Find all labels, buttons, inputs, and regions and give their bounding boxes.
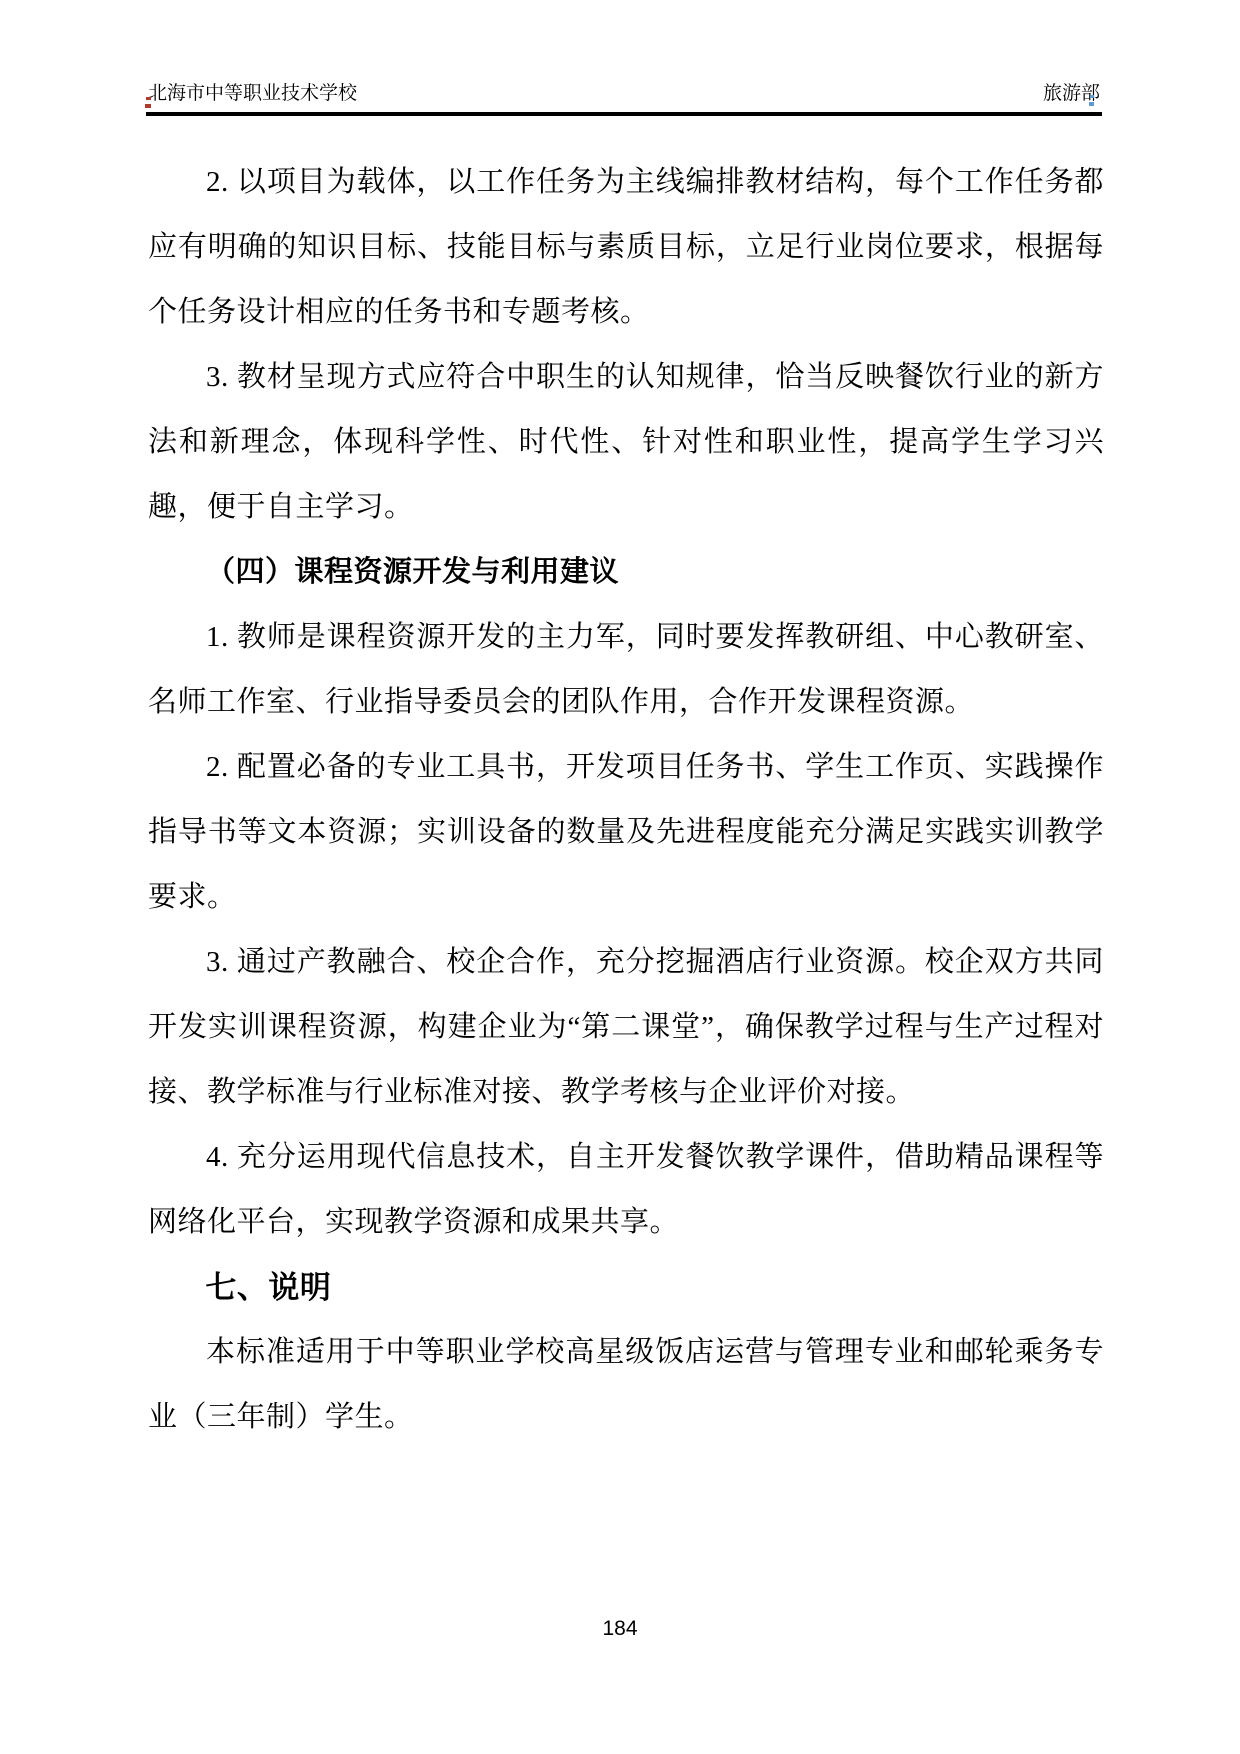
header-rule [146,112,1102,116]
body-paragraph: 本标准适用于中等职业学校高星级饭店运营与管理专业和邮轮乘务专业（三年制）学生。 [148,1320,1104,1450]
body-paragraph: 3. 教材呈现方式应符合中职生的认知规律，恰当反映餐饮行业的新方法和新理念，体现… [148,345,1104,540]
body-paragraph: 4. 充分运用现代信息技术，自主开发餐饮教学课件，借助精品课程等网络化平台，实现… [148,1125,1104,1255]
revision-mark-icon [145,104,151,108]
document-body: 2. 以项目为载体，以工作任务为主线编排教材结构，每个工作任务都应有明确的知识目… [148,150,1104,1450]
revision-mark-icon [1090,95,1094,98]
page-header: 北海市中等职业技术学校 旅游部 [148,82,1100,106]
document-page: 北海市中等职业技术学校 旅游部 2. 以项目为载体，以工作任务为主线编排教材结构… [0,0,1240,1754]
body-paragraph: 2. 以项目为载体，以工作任务为主线编排教材结构，每个工作任务都应有明确的知识目… [148,150,1104,345]
revision-mark-icon [146,97,151,100]
header-school-name: 北海市中等职业技术学校 [148,82,357,106]
chapter-heading: 七、说明 [148,1255,1104,1320]
body-paragraph: 1. 教师是课程资源开发的主力军，同时要发挥教研组、中心教研室、名师工作室、行业… [148,605,1104,735]
body-paragraph: 2. 配置必备的专业工具书，开发项目任务书、学生工作页、实践操作指导书等文本资源… [148,735,1104,930]
page-footer: 184 [0,1617,1240,1641]
section-heading: （四）课程资源开发与利用建议 [148,540,1104,605]
body-paragraph: 3. 通过产教融合、校企合作，充分挖掘酒店行业资源。校企双方共同开发实训课程资源… [148,930,1104,1125]
revision-mark-icon [1089,102,1094,106]
page-number: 184 [602,1617,637,1640]
